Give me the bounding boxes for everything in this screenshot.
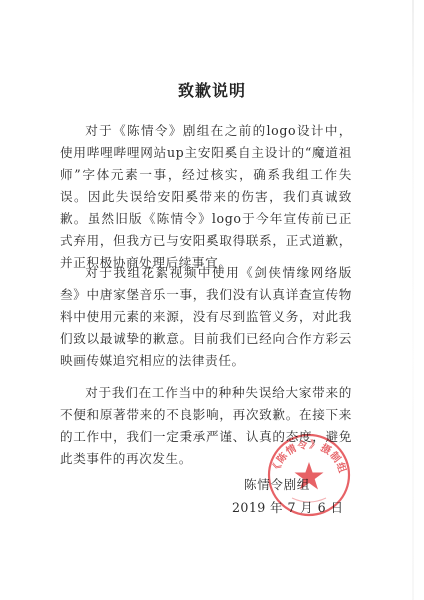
paragraph-music-apology: 对于我组花絮视频中使用《剑侠情缘网络版叁》中唐家堡音乐一事，我们没有认真详查宣传… <box>60 262 352 372</box>
document-page: 致歉说明 对于《陈情令》剧组在之前的logo设计中，使用哔哩哔哩网站up主安阳奚… <box>0 0 424 600</box>
paragraph-logo-apology: 对于《陈情令》剧组在之前的logo设计中，使用哔哩哔哩网站up主安阳奚自主设计的… <box>60 120 352 274</box>
star-icon <box>295 462 324 490</box>
official-seal-stamp: 《陈情令》摄制组 <box>266 432 352 518</box>
document-title: 致歉说明 <box>0 78 424 101</box>
